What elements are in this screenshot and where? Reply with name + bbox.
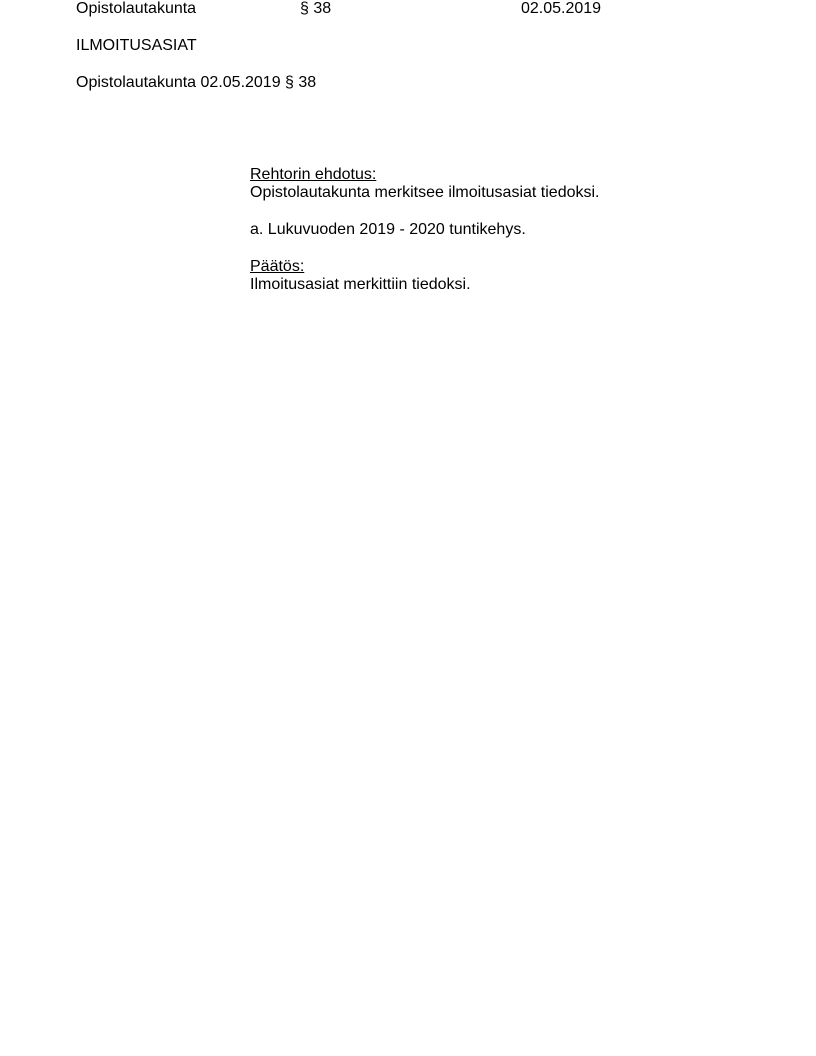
header-date: 02.05.2019 bbox=[521, 0, 601, 18]
proposal-heading: Rehtorin ehdotus: bbox=[250, 166, 376, 184]
header-section: § 38 bbox=[300, 0, 331, 18]
meeting-reference: Opistolautakunta 02.05.2019 § 38 bbox=[76, 74, 316, 92]
decision-text: Ilmoitusasiat merkittiin tiedoksi. bbox=[250, 276, 471, 294]
proposal-text: Opistolautakunta merkitsee ilmoitusasiat… bbox=[250, 184, 600, 202]
decision-heading: Päätös: bbox=[250, 258, 304, 276]
header-committee: Opistolautakunta bbox=[76, 0, 196, 18]
document-title: ILMOITUSASIAT bbox=[76, 37, 197, 55]
proposal-item: a. Lukuvuoden 2019 - 2020 tuntikehys. bbox=[250, 221, 526, 239]
